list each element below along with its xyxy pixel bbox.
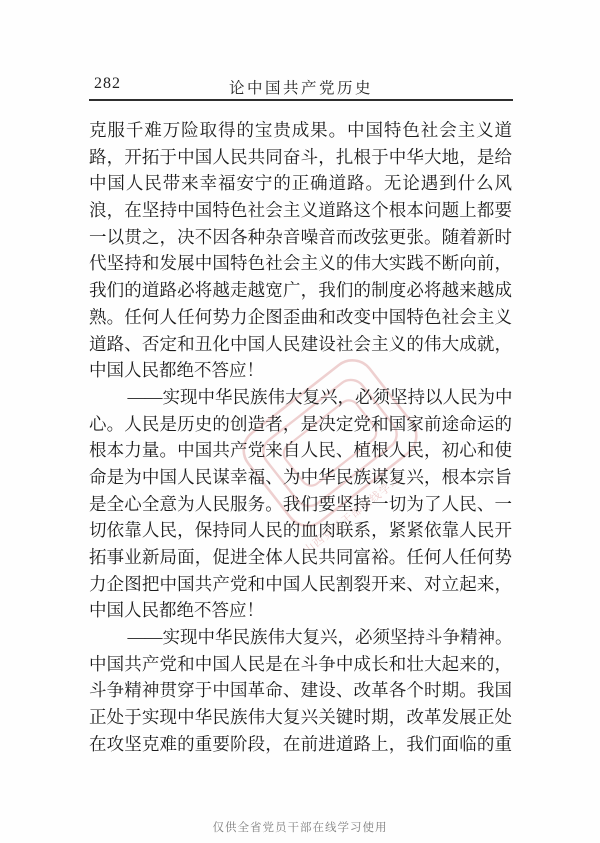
text-line: 力企图把中国共产党和中国人民割裂开来、对立起来， xyxy=(89,571,512,598)
text-line: 路，开拓于中国人民共同奋斗，扎根于中华大地，是给 xyxy=(89,144,512,171)
text-line: 拓事业新局面，促进全体人民共同富裕。任何人任何势 xyxy=(89,544,512,571)
text-line: 道路、否定和丑化中国人民建设社会主义的伟大成就， xyxy=(89,331,512,358)
running-head-title: 论中国共产党历史 xyxy=(89,76,513,98)
page-header: 282 论中国共产党历史 xyxy=(89,74,513,96)
text-line: 浪，在坚持中国特色社会主义道路这个根本问题上都要 xyxy=(89,197,512,224)
text-line: 根本力量。中国共产党来自人民、植根人民，初心和使 xyxy=(89,437,512,464)
text-line: ——实现中华民族伟大复兴，必须坚持斗争精神。 xyxy=(89,624,512,651)
text-line: 在攻坚克难的重要阶段，在前进道路上，我们面临的重 xyxy=(89,731,512,758)
text-line: 正处于实现中华民族伟大复兴关键时期，改革发展正处 xyxy=(89,704,512,731)
text-line: 斗争精神贯穿于中国革命、建设、改革各个时期。我国 xyxy=(89,677,512,704)
text-line: 熟。任何人任何势力企图歪曲和改变中国特色社会主义 xyxy=(89,304,512,331)
text-line: 中国人民带来幸福安宁的正确道路。无论遇到什么风 xyxy=(89,170,512,197)
text-line: 心。人民是历史的创造者，是决定党和国家前途命运的 xyxy=(89,411,512,438)
text-line: ——实现中华民族伟大复兴，必须坚持以人民为中 xyxy=(89,384,512,411)
text-line: 我们的道路必将越走越宽广，我们的制度必将越来越成 xyxy=(89,277,512,304)
text-line: 切依靠人民，保持同人民的血肉联系，紧紧依靠人民开 xyxy=(89,517,512,544)
text-line: 是全心全意为人民服务。我们要坚持一切为了人民、一 xyxy=(89,491,512,518)
footer-notice: 仅供全省党员干部在线学习使用 xyxy=(0,819,600,835)
text-line: 中国共产党和中国人民是在斗争中成长和壮大起来的， xyxy=(89,651,512,678)
text-line: 中国人民都绝不答应！ xyxy=(89,597,512,624)
header-rule xyxy=(89,99,513,101)
text-line: 中国人民都绝不答应！ xyxy=(89,357,512,384)
text-line: 克服千难万险取得的宝贵成果。中国特色社会主义道 xyxy=(89,117,512,144)
text-line: 命是为中国人民谋幸福、为中华民族谋复兴，根本宗旨 xyxy=(89,464,512,491)
text-line: 一以贯之，决不因各种杂音噪音而改弦更张。随着新时 xyxy=(89,224,512,251)
book-page: 282 论中国共产党历史 山西党员干部在线学习 克服千难万险取得的宝贵成果。中国… xyxy=(0,0,600,843)
body-text: 克服千难万险取得的宝贵成果。中国特色社会主义道路，开拓于中国人民共同奋斗，扎根于… xyxy=(89,117,512,758)
text-line: 代坚持和发展中国特色社会主义的伟大实践不断向前， xyxy=(89,250,512,277)
